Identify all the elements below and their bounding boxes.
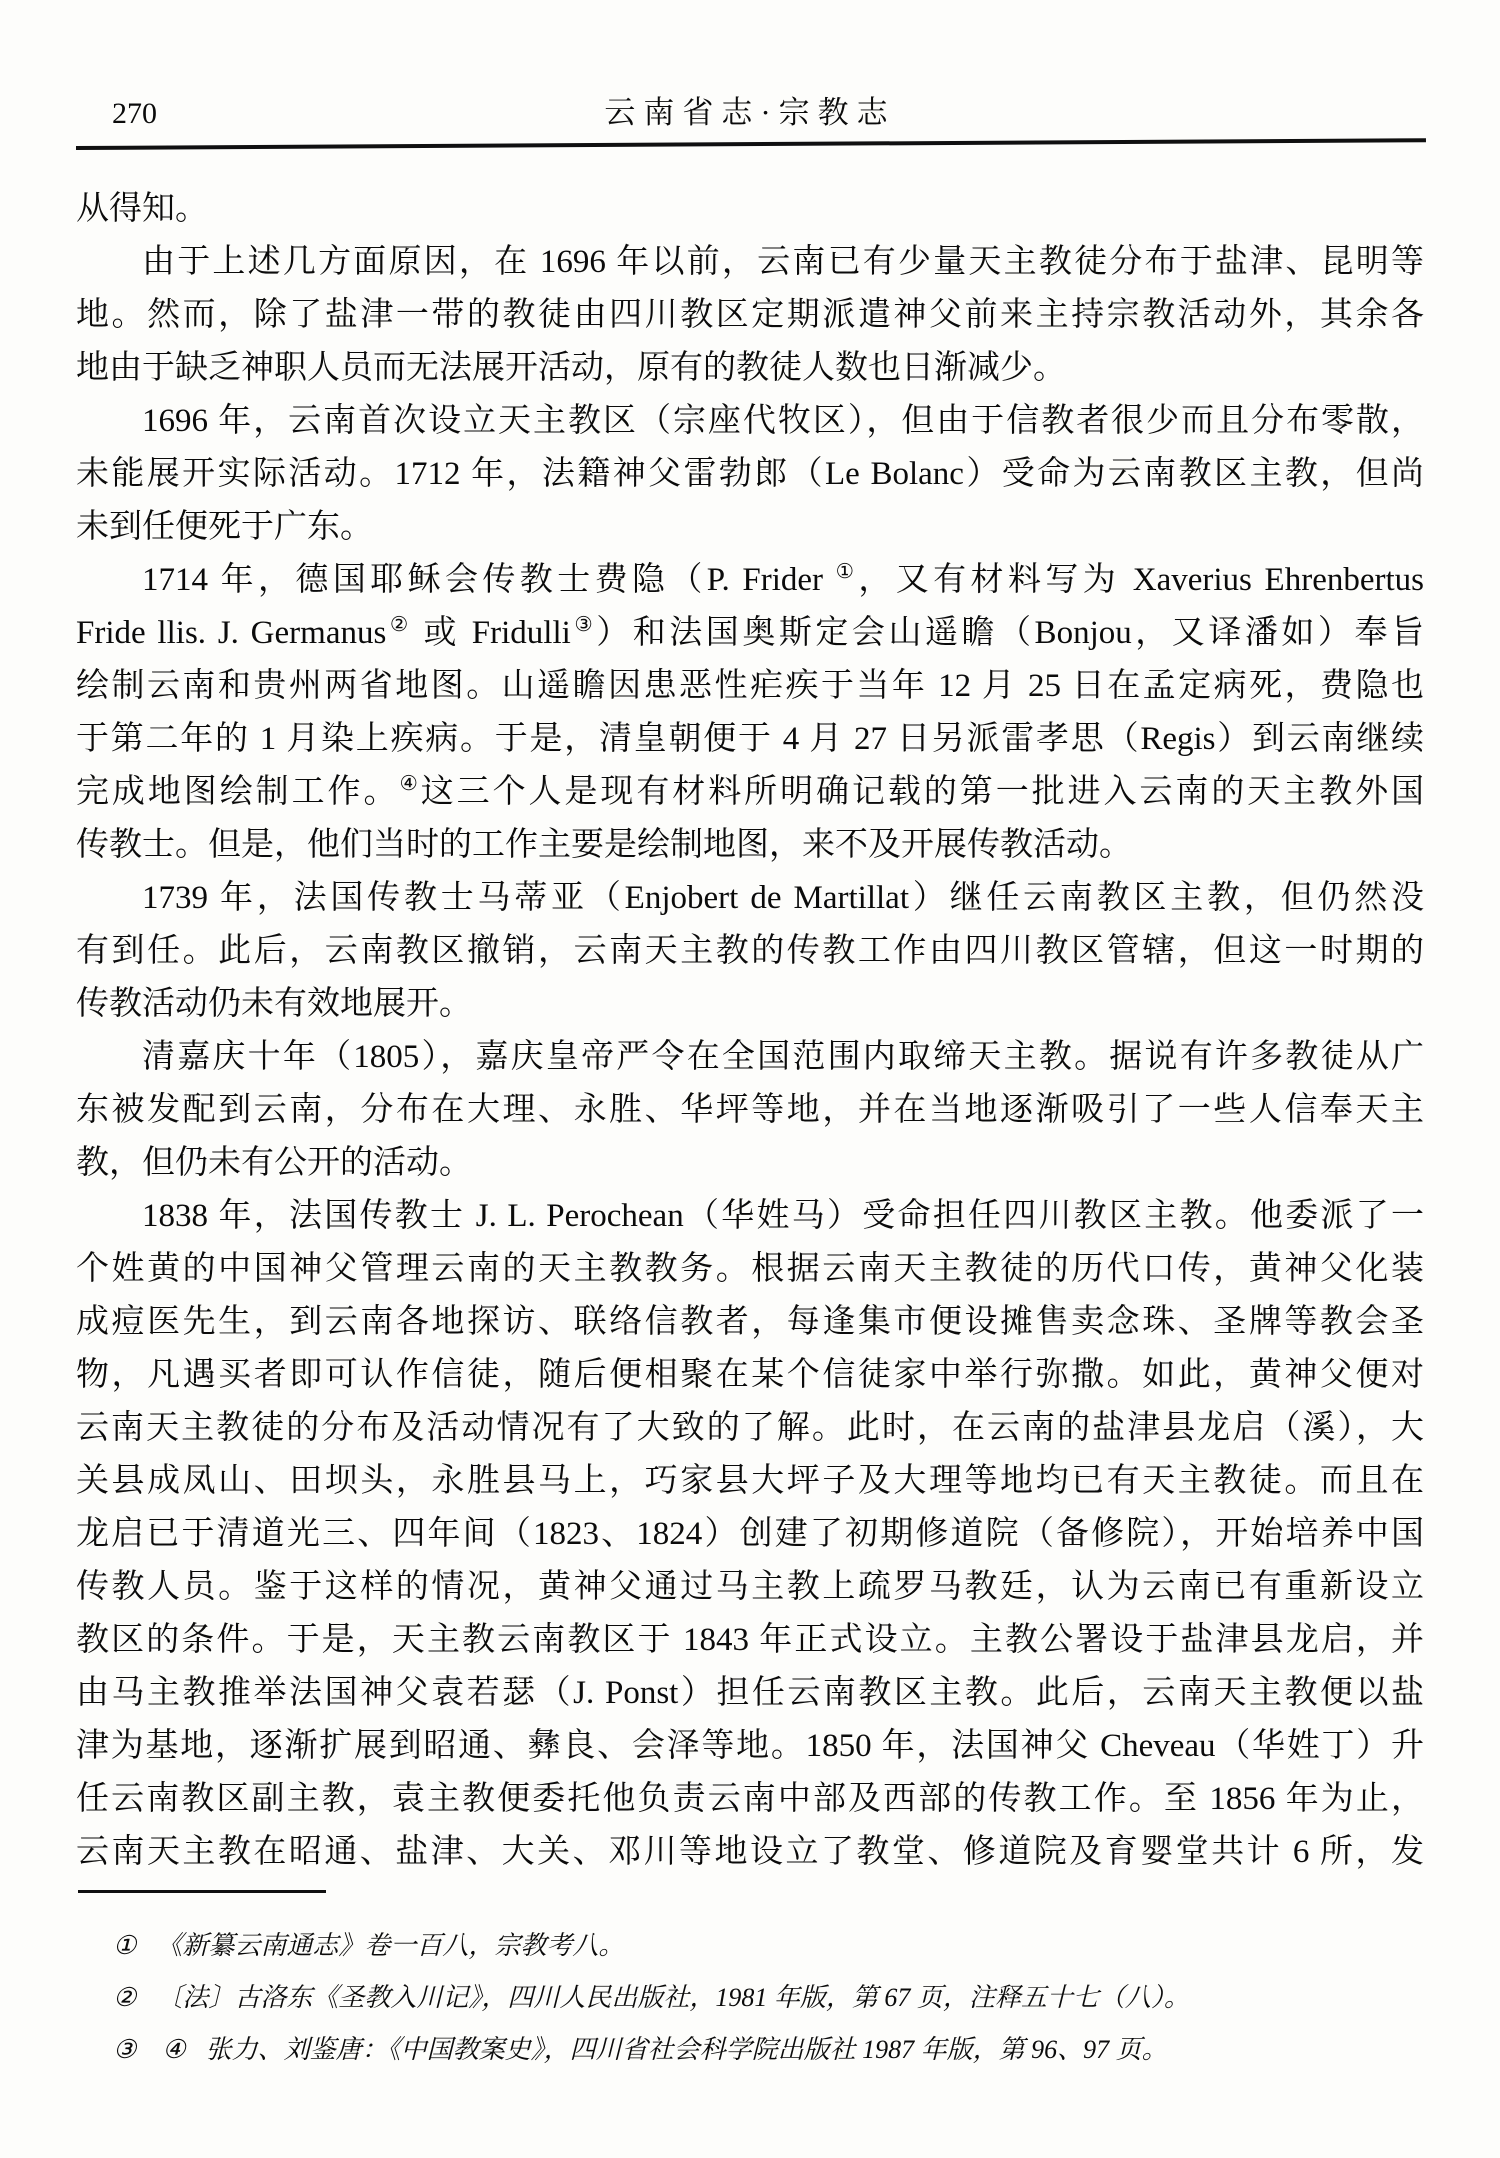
body-line: 由于上述几方面原因，在 1696 年以前，云南已有少量天主教徒分布于盐津、昆明等: [76, 236, 1424, 289]
body-line: 教，但仍未有公开的活动。: [76, 1137, 1424, 1190]
footnotes-block: ① 《新纂云南通志》卷一百八，宗教考八。 ② 〔法〕古洛东《圣教入川记》，四川人…: [113, 1920, 1423, 2076]
body-line: 地由于缺乏神职人员而无法展开活动，原有的教徒人数也日渐减少。: [76, 342, 1424, 395]
body-line: 传教人员。鉴于这样的情况，黄神父通过马主教上疏罗马教廷，认为云南已有重新设立: [76, 1561, 1424, 1614]
scanned-book-page: 270 云南省志·宗教志 从得知。 由于上述几方面原因，在 1696 年以前，云…: [0, 0, 1500, 2158]
footnote-marker: ③ ④: [113, 2024, 186, 2076]
body-line: 未能展开实际活动。1712 年，法籍神父雷勃郎（Le Bolanc）受命为云南教…: [76, 448, 1424, 501]
body-line: 关县成凤山、田坝头，永胜县马上，巧家县大坪子及大理等地均已有天主教徒。而且在: [76, 1455, 1424, 1508]
body-line: 1739 年，法国传教士马蒂亚（Enjobert de Martillat）继任…: [76, 872, 1424, 925]
body-line: 传教活动仍未有效地展开。: [76, 978, 1424, 1031]
body-line: 东被发配到云南，分布在大理、永胜、华坪等地，并在当地逐渐吸引了一些人信奉天主: [76, 1084, 1424, 1137]
body-line: 龙启已于清道光三、四年间（1823、1824）创建了初期修道院（备修院），开始培…: [76, 1508, 1424, 1561]
header-rule: [76, 138, 1426, 150]
body-line: 个姓黄的中国神父管理云南的天主教教务。根据云南天主教徒的历代口传，黄神父化装: [76, 1243, 1424, 1296]
footnote: ③ ④ 张力、刘鉴唐：《中国教案史》，四川省社会科学院出版社 1987 年版，第…: [113, 2024, 1423, 2076]
footnote-text: 《新纂云南通志》卷一百八，宗教考八。: [156, 1920, 1423, 1972]
body-line: 津为基地，逐渐扩展到昭通、彝良、会泽等地。1850 年，法国神父 Cheveau…: [76, 1720, 1424, 1773]
footnote: ① 《新纂云南通志》卷一百八，宗教考八。: [113, 1920, 1423, 1972]
body-line: 1838 年，法国传教士 J. L. Perochean（华姓马）受命担任四川教…: [76, 1190, 1424, 1243]
footnote-divider: [78, 1890, 326, 1893]
body-line: 完成地图绘制工作。④这三个人是现有材料所明确记载的第一批进入云南的天主教外国: [76, 766, 1424, 819]
body-line: 物，凡遇买者即可认作信徒，随后便相聚在某个信徒家中举行弥撒。如此，黄神父便对: [76, 1349, 1424, 1402]
body-line: 由马主教推举法国神父袁若瑟（J. Ponst）担任云南教区主教。此后，云南天主教…: [76, 1667, 1424, 1720]
body-line: 云南天主教徒的分布及活动情况有了大致的了解。此时，在云南的盐津县龙启（溪），大: [76, 1402, 1424, 1455]
body-text-block: 从得知。 由于上述几方面原因，在 1696 年以前，云南已有少量天主教徒分布于盐…: [76, 183, 1424, 1879]
body-line: 成痘医先生，到云南各地探访、联络信教者，每逢集市便设摊售卖念珠、圣牌等教会圣: [76, 1296, 1424, 1349]
body-line: 清嘉庆十年（1805），嘉庆皇帝严令在全国范围内取缔天主教。据说有许多教徒从广: [76, 1031, 1424, 1084]
page-header-title: 云南省志·宗教志: [0, 94, 1500, 132]
body-line: 从得知。: [76, 183, 1424, 236]
body-line: 云南天主教在昭通、盐津、大关、邓川等地设立了教堂、修道院及育婴堂共计 6 所，发: [76, 1826, 1424, 1879]
body-line: 1696 年，云南首次设立天主教区（宗座代牧区），但由于信教者很少而且分布零散，: [76, 395, 1424, 448]
body-line: Fride llis. J. Germanus② 或 Fridulli③）和法国…: [76, 607, 1424, 660]
footnote-text: 张力、刘鉴唐：《中国教案史》，四川省社会科学院出版社 1987 年版，第 96、…: [206, 2024, 1423, 2076]
body-line: 教区的条件。于是，天主教云南教区于 1843 年正式设立。主教公署设于盐津县龙启…: [76, 1614, 1424, 1667]
body-line: 任云南教区副主教，袁主教便委托他负责云南中部及西部的传教工作。至 1856 年为…: [76, 1773, 1424, 1826]
body-line: 有到任。此后，云南教区撤销，云南天主教的传教工作由四川教区管辖，但这一时期的: [76, 925, 1424, 978]
footnote-text: 〔法〕古洛东《圣教入川记》，四川人民出版社，1981 年版，第 67 页，注释五…: [156, 1972, 1423, 2024]
body-line: 1714 年，德国耶稣会传教士费隐（P. Frider ①，又有材料写为 Xav…: [76, 554, 1424, 607]
footnote: ② 〔法〕古洛东《圣教入川记》，四川人民出版社，1981 年版，第 67 页，注…: [113, 1972, 1423, 2024]
body-line: 地。然而，除了盐津一带的教徒由四川教区定期派遣神父前来主持宗教活动外，其余各: [76, 289, 1424, 342]
body-line: 传教士。但是，他们当时的工作主要是绘制地图，来不及开展传教活动。: [76, 819, 1424, 872]
footnote-marker: ②: [113, 1972, 136, 2024]
body-line: 未到任便死于广东。: [76, 501, 1424, 554]
footnote-marker: ①: [113, 1920, 136, 1972]
body-line: 于第二年的 1 月染上疾病。于是，清皇朝便于 4 月 27 日另派雷孝思（Reg…: [76, 713, 1424, 766]
body-line: 绘制云南和贵州两省地图。山遥瞻因患恶性疟疾于当年 12 月 25 日在孟定病死，…: [76, 660, 1424, 713]
